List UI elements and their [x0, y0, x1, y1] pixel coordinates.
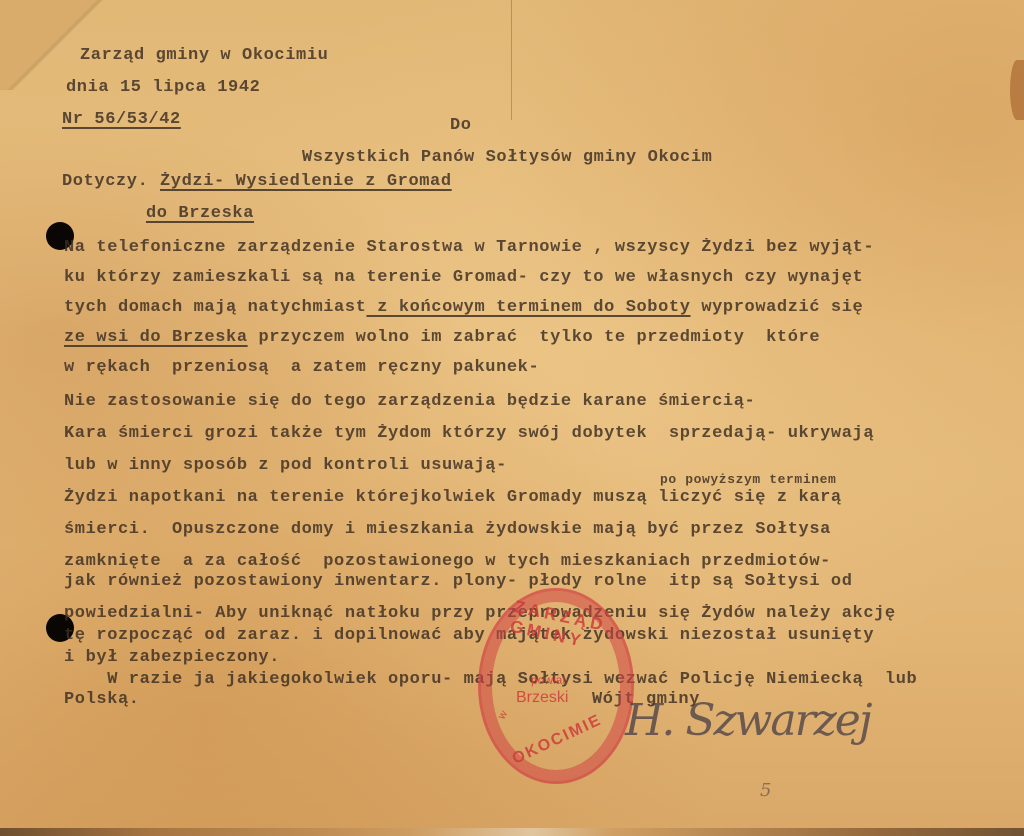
body-line-9b: muszą liczyć się z karą: [582, 488, 841, 507]
reference-number: Nr 56/53/42: [62, 110, 181, 129]
subject-line-1: Żydzi- Wysiedlenie z Gromad: [160, 172, 452, 191]
body-line-13: powiedzialni- Aby uniknąć natłoku przy p…: [64, 604, 896, 623]
deadline-underlined: z końcowym terminem do Soboty: [366, 298, 690, 317]
official-stamp: ZARZĄD GMINY powiat Brzeski w OKOCIMIE: [478, 588, 634, 784]
recipient-to: Do: [450, 116, 472, 135]
stamp-district: Brzeski: [516, 689, 568, 707]
body-line-2: ku którzy zamieszkali są na terenie Grom…: [64, 268, 863, 287]
body-line-8: lub w inny sposób z pod kontroli usuwają…: [64, 456, 507, 475]
stamp-place: OKOCIMIE: [510, 711, 605, 768]
handwritten-signature: H. Szwarzej: [625, 695, 885, 785]
body-line-12: jak również pozostawiony inwentarz. plon…: [64, 572, 853, 591]
subject-label: Dotyczy.: [62, 172, 148, 191]
paper-fold-line: [511, 0, 512, 120]
body-line-17: Polską.: [64, 690, 140, 709]
subject-line-2: do Brzeska: [146, 204, 254, 223]
worn-bottom-edge: [0, 828, 1024, 836]
body-line-14: tę rozpocząć od zaraz. i dopilnować aby …: [64, 626, 874, 645]
body-line-15: i był zabezpieczony.: [64, 648, 280, 667]
office-name: Zarząd gminy w Okocimiu: [80, 46, 328, 65]
superscript-insertion: po powyższym terminem: [660, 472, 836, 487]
body-line-3a: tych domach mają natychmiast: [64, 298, 366, 317]
pencil-mark: 5: [760, 780, 771, 801]
body-line-5: w rękach przeniosą a zatem ręczny pakune…: [64, 358, 539, 377]
document-date: dnia 15 lipca 1942: [66, 78, 260, 97]
folded-corner: [0, 0, 110, 90]
body-line-11: zamknięte a za całość pozostawionego w t…: [64, 552, 831, 571]
recipient-addressee: Wszystkich Panów Sołtysów gminy Okocim: [302, 148, 712, 167]
body-line-9: Żydzi napotkani na terenie którejkolwiek…: [64, 488, 842, 507]
body-line-9a: Żydzi napotkani na terenie którejkolwiek…: [64, 488, 582, 507]
stamp-prefix: w: [496, 709, 510, 722]
destination-underlined: ze wsi do Brzeska: [64, 328, 248, 347]
body-line-1: Na telefoniczne zarządzenie Starostwa w …: [64, 238, 874, 257]
aged-paper-document: Zarząd gminy w Okocimiu dnia 15 lipca 19…: [0, 0, 1024, 836]
body-line-6: Nie zastosowanie się do tego zarządzenia…: [64, 392, 755, 411]
edge-stain: [1010, 60, 1024, 120]
body-line-3: tych domach mają natychmiast z końcowym …: [64, 298, 863, 317]
body-line-7: Kara śmierci grozi także tym Żydom którz…: [64, 424, 874, 443]
signature-text: H. Szwarzej: [625, 695, 870, 746]
body-line-4b: przyczem wolno im zabrać tylko te przedm…: [248, 328, 821, 347]
body-line-4: ze wsi do Brzeska przyczem wolno im zabr…: [64, 328, 820, 347]
body-line-10: śmierci. Opuszczone domy i mieszkania ży…: [64, 520, 831, 539]
body-line-3c: wyprowadzić się: [691, 298, 864, 317]
stamp-district-label: powiat: [531, 673, 566, 687]
